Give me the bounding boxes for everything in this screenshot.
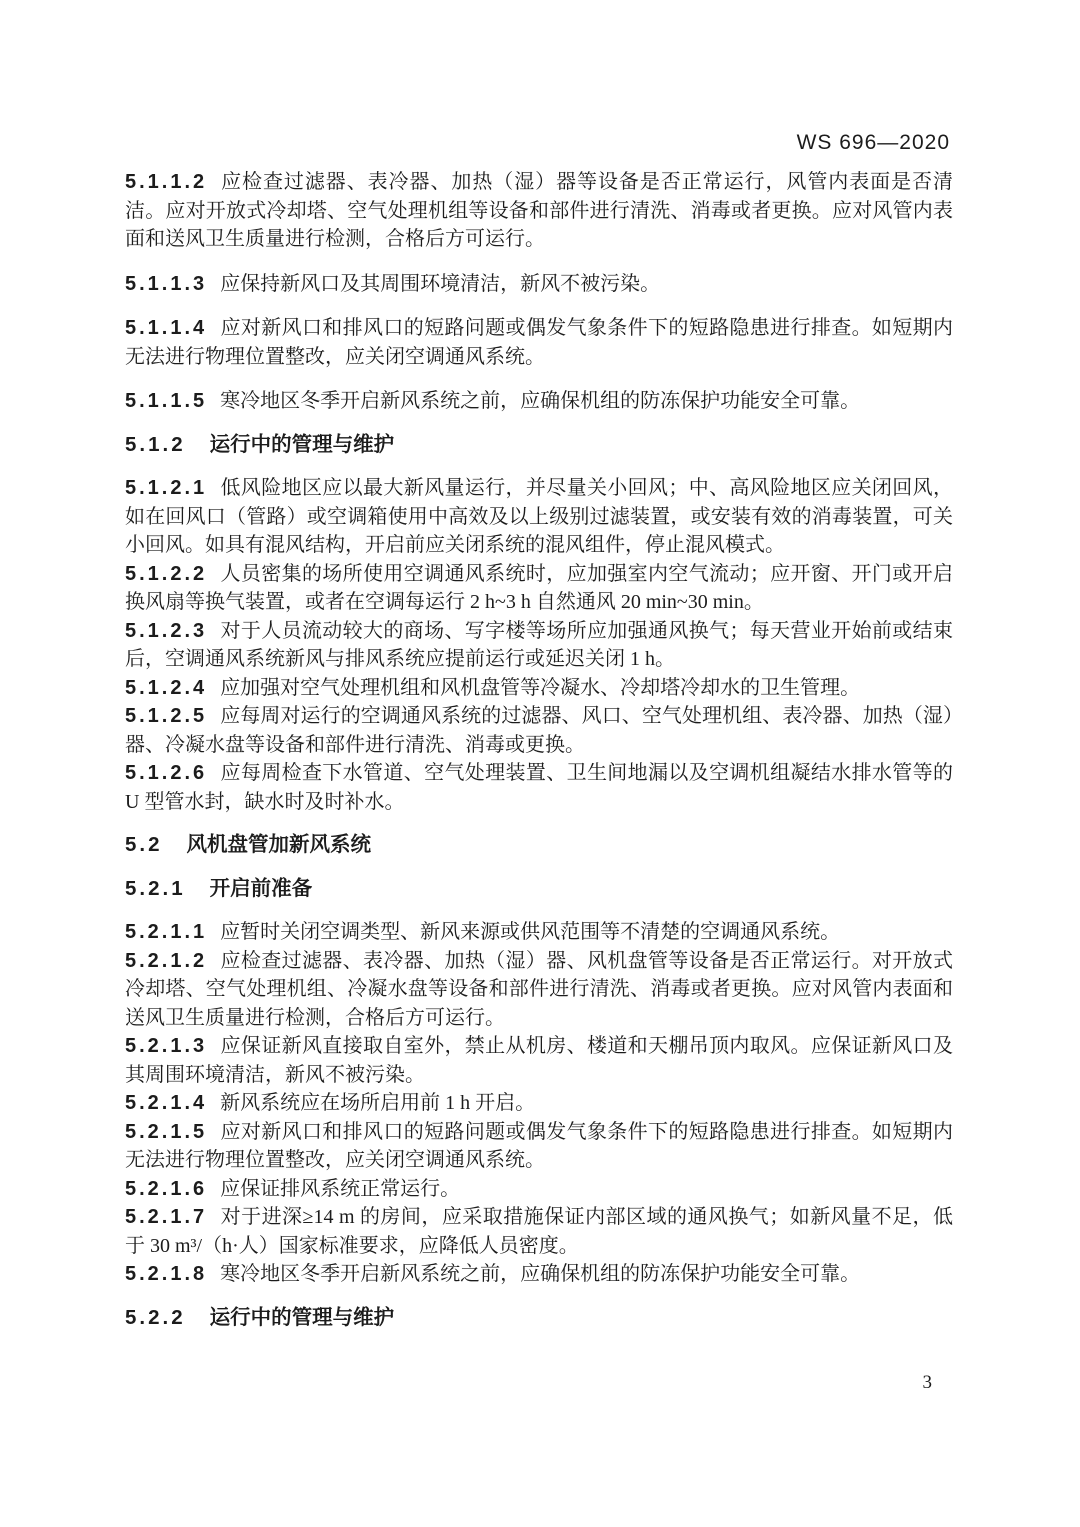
clause-number: 5.1.1.5	[125, 390, 207, 412]
document-body: 5.1.1.2应检查过滤器、表冷器、加热（湿）器等设备是否正常运行，风管内表面是…	[125, 168, 953, 1347]
clause-paragraph: 5.1.2.6应每周检查下水管道、空气处理装置、卫生间地漏以及空调机组凝结水排水…	[125, 759, 953, 816]
clause-number: 5.1.2.1	[125, 477, 207, 499]
clause-text: 应检查过滤器、表冷器、加热（湿）器等设备是否正常运行，风管内表面是否清洁。应对开…	[125, 171, 953, 250]
clause-text: 对于进深≥14 m 的房间，应采取措施保证内部区域的通风换气；如新风量不足，低于…	[125, 1206, 953, 1257]
clause-paragraph: 5.1.2.2人员密集的场所使用空调通风系统时，应加强室内空气流动；应开窗、开门…	[125, 560, 953, 617]
clause-text: 应暂时关闭空调类型、新风来源或供风范围等不清楚的空调通风系统。	[220, 921, 840, 943]
clause-text: 寒冷地区冬季开启新风系统之前，应确保机组的防冻保护功能安全可靠。	[220, 390, 860, 412]
clause-number: 5.2.1.3	[125, 1035, 207, 1057]
clause-paragraph: 5.1.1.3应保持新风口及其周围环境清洁，新风不被污染。	[125, 270, 953, 299]
clause-paragraph: 5.2.1.1应暂时关闭空调类型、新风来源或供风范围等不清楚的空调通风系统。	[125, 918, 953, 947]
clause-text: 低风险地区应以最大新风量运行，并尽量关小回风；中、高风险地区应关闭回风，如在回风…	[125, 477, 953, 556]
clause-number: 5.1.2.6	[125, 762, 207, 784]
clause-number: 5.2	[125, 833, 163, 856]
section-heading: 5.2.2运行中的管理与维护	[125, 1304, 953, 1333]
clause-text: 应保持新风口及其周围环境清洁，新风不被污染。	[220, 273, 660, 295]
clause-text: 人员密集的场所使用空调通风系统时，应加强室内空气流动；应开窗、开门或开启换风扇等…	[125, 563, 953, 614]
clause-text: 对于人员流动较大的商场、写字楼等场所应加强通风换气；每天营业开始前或结束后，空调…	[125, 620, 953, 671]
clause-number: 5.1.2.2	[125, 563, 207, 585]
clause-text: 风机盘管加新风系统	[187, 833, 372, 856]
section-heading: 5.2风机盘管加新风系统	[125, 831, 953, 860]
clause-paragraph: 5.1.1.5寒冷地区冬季开启新风系统之前，应确保机组的防冻保护功能安全可靠。	[125, 387, 953, 416]
clause-number: 5.1.2.5	[125, 705, 207, 727]
clause-text: 应保证新风直接取自室外，禁止从机房、楼道和天棚吊顶内取风。应保证新风口及其周围环…	[125, 1035, 953, 1086]
clause-paragraph: 5.1.2.5应每周对运行的空调通风系统的过滤器、风口、空气处理机组、表冷器、加…	[125, 702, 953, 759]
clause-number: 5.2.1.8	[125, 1263, 207, 1285]
clause-paragraph: 5.2.1.5应对新风口和排风口的短路问题或偶发气象条件下的短路隐患进行排查。如…	[125, 1118, 953, 1175]
clause-number: 5.2.2	[125, 1306, 186, 1329]
clause-paragraph: 5.2.1.7对于进深≥14 m 的房间，应采取措施保证内部区域的通风换气；如新…	[125, 1203, 953, 1260]
clause-paragraph: 5.2.1.2应检查过滤器、表冷器、加热（湿）器、风机盘管等设备是否正常运行。对…	[125, 947, 953, 1033]
clause-text: 运行中的管理与维护	[210, 433, 395, 456]
document-page: WS 696—2020 5.1.1.2应检查过滤器、表冷器、加热（湿）器等设备是…	[0, 0, 1080, 1527]
section-heading: 5.1.2运行中的管理与维护	[125, 431, 953, 460]
clause-text: 新风系统应在场所启用前 1 h 开启。	[220, 1092, 535, 1114]
clause-text: 应对新风口和排风口的短路问题或偶发气象条件下的短路隐患进行排查。如短期内无法进行…	[125, 317, 953, 368]
clause-number: 5.2.1	[125, 877, 186, 900]
clause-number: 5.2.1.5	[125, 1121, 207, 1143]
page-number: 3	[923, 1372, 933, 1394]
clause-number: 5.1.1.2	[125, 171, 207, 193]
clause-paragraph: 5.1.2.3对于人员流动较大的商场、写字楼等场所应加强通风换气；每天营业开始前…	[125, 617, 953, 674]
clause-number: 5.1.1.3	[125, 273, 207, 295]
clause-paragraph: 5.1.1.4应对新风口和排风口的短路问题或偶发气象条件下的短路隐患进行排查。如…	[125, 314, 953, 371]
clause-paragraph: 5.2.1.4新风系统应在场所启用前 1 h 开启。	[125, 1089, 953, 1118]
clause-number: 5.2.1.7	[125, 1206, 207, 1228]
clause-paragraph: 5.1.2.4应加强对空气处理机组和风机盘管等冷凝水、冷却塔冷却水的卫生管理。	[125, 674, 953, 703]
clause-text: 应每周对运行的空调通风系统的过滤器、风口、空气处理机组、表冷器、加热（湿）器、冷…	[125, 705, 953, 756]
clause-paragraph: 5.1.2.1低风险地区应以最大新风量运行，并尽量关小回风；中、高风险地区应关闭…	[125, 474, 953, 560]
clause-paragraph: 5.2.1.8寒冷地区冬季开启新风系统之前，应确保机组的防冻保护功能安全可靠。	[125, 1260, 953, 1289]
clause-text: 应保证排风系统正常运行。	[220, 1178, 460, 1200]
clause-number: 5.1.1.4	[125, 317, 207, 339]
clause-text: 应检查过滤器、表冷器、加热（湿）器、风机盘管等设备是否正常运行。对开放式冷却塔、…	[125, 950, 953, 1029]
clause-number: 5.2.1.4	[125, 1092, 207, 1114]
clause-number: 5.2.1.1	[125, 921, 207, 943]
clause-text: 应加强对空气处理机组和风机盘管等冷凝水、冷却塔冷却水的卫生管理。	[220, 677, 860, 699]
clause-number: 5.1.2	[125, 433, 186, 456]
clause-text: 应每周检查下水管道、空气处理装置、卫生间地漏以及空调机组凝结水排水管等的 U 型…	[125, 762, 953, 813]
clause-number: 5.2.1.6	[125, 1178, 207, 1200]
section-heading: 5.2.1开启前准备	[125, 875, 953, 904]
clause-number: 5.1.2.4	[125, 677, 207, 699]
clause-text: 运行中的管理与维护	[210, 1306, 395, 1329]
clause-text: 开启前准备	[210, 877, 313, 900]
clause-number: 5.2.1.2	[125, 950, 207, 972]
clause-text: 寒冷地区冬季开启新风系统之前，应确保机组的防冻保护功能安全可靠。	[220, 1263, 860, 1285]
clause-text: 应对新风口和排风口的短路问题或偶发气象条件下的短路隐患进行排查。如短期内无法进行…	[125, 1121, 953, 1172]
clause-number: 5.1.2.3	[125, 620, 207, 642]
clause-paragraph: 5.1.1.2应检查过滤器、表冷器、加热（湿）器等设备是否正常运行，风管内表面是…	[125, 168, 953, 254]
clause-paragraph: 5.2.1.3应保证新风直接取自室外，禁止从机房、楼道和天棚吊顶内取风。应保证新…	[125, 1032, 953, 1089]
clause-paragraph: 5.2.1.6应保证排风系统正常运行。	[125, 1175, 953, 1204]
standard-code-header: WS 696—2020	[797, 131, 950, 155]
